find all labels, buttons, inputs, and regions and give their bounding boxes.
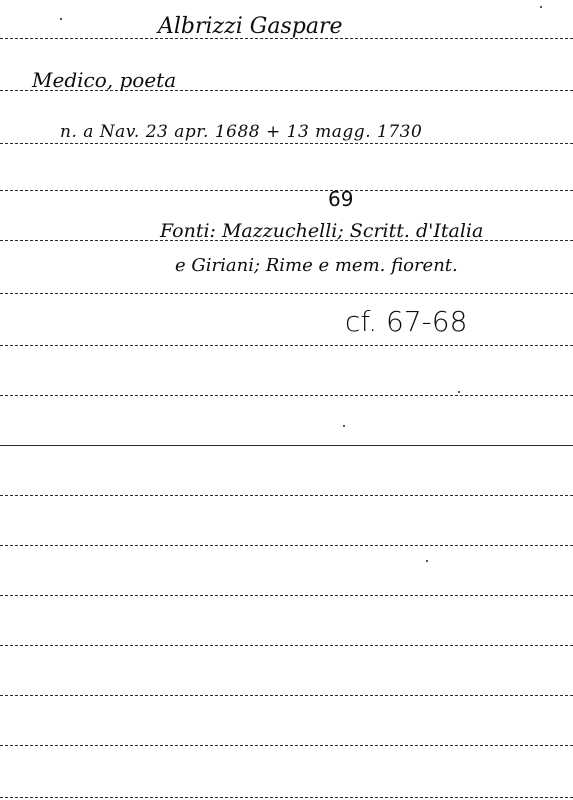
scan-speck (458, 391, 460, 393)
ruled-line (0, 745, 573, 746)
ruled-line (0, 545, 573, 546)
sources-line-2: e Giriani; Rime e mem. fiorent. (175, 255, 458, 276)
ruled-line (0, 395, 573, 396)
ruled-line (0, 695, 573, 696)
birth-death-dates: n. a Nav. 23 apr. 1688 + 13 magg. 1730 (60, 122, 422, 142)
scan-speck (540, 6, 542, 8)
ruled-line (0, 293, 573, 294)
ruled-line (0, 445, 573, 446)
ruled-line (0, 495, 573, 496)
ruled-line (0, 190, 573, 191)
profession: Medico, poeta (32, 68, 176, 92)
ruled-line (0, 345, 573, 346)
ruled-line (0, 797, 573, 798)
reference-number: 69 (328, 187, 353, 211)
sources-line-1: Fonti: Mazzuchelli; Scritt. d'Italia (160, 220, 483, 242)
scan-speck (60, 18, 62, 20)
cross-reference: cf. 67-68 (345, 305, 467, 338)
scan-speck (426, 560, 428, 562)
ruled-line (0, 595, 573, 596)
ruled-line (0, 645, 573, 646)
person-name: Albrizzi Gaspare (158, 14, 343, 39)
ruled-line (0, 143, 573, 144)
scan-speck (343, 425, 345, 427)
